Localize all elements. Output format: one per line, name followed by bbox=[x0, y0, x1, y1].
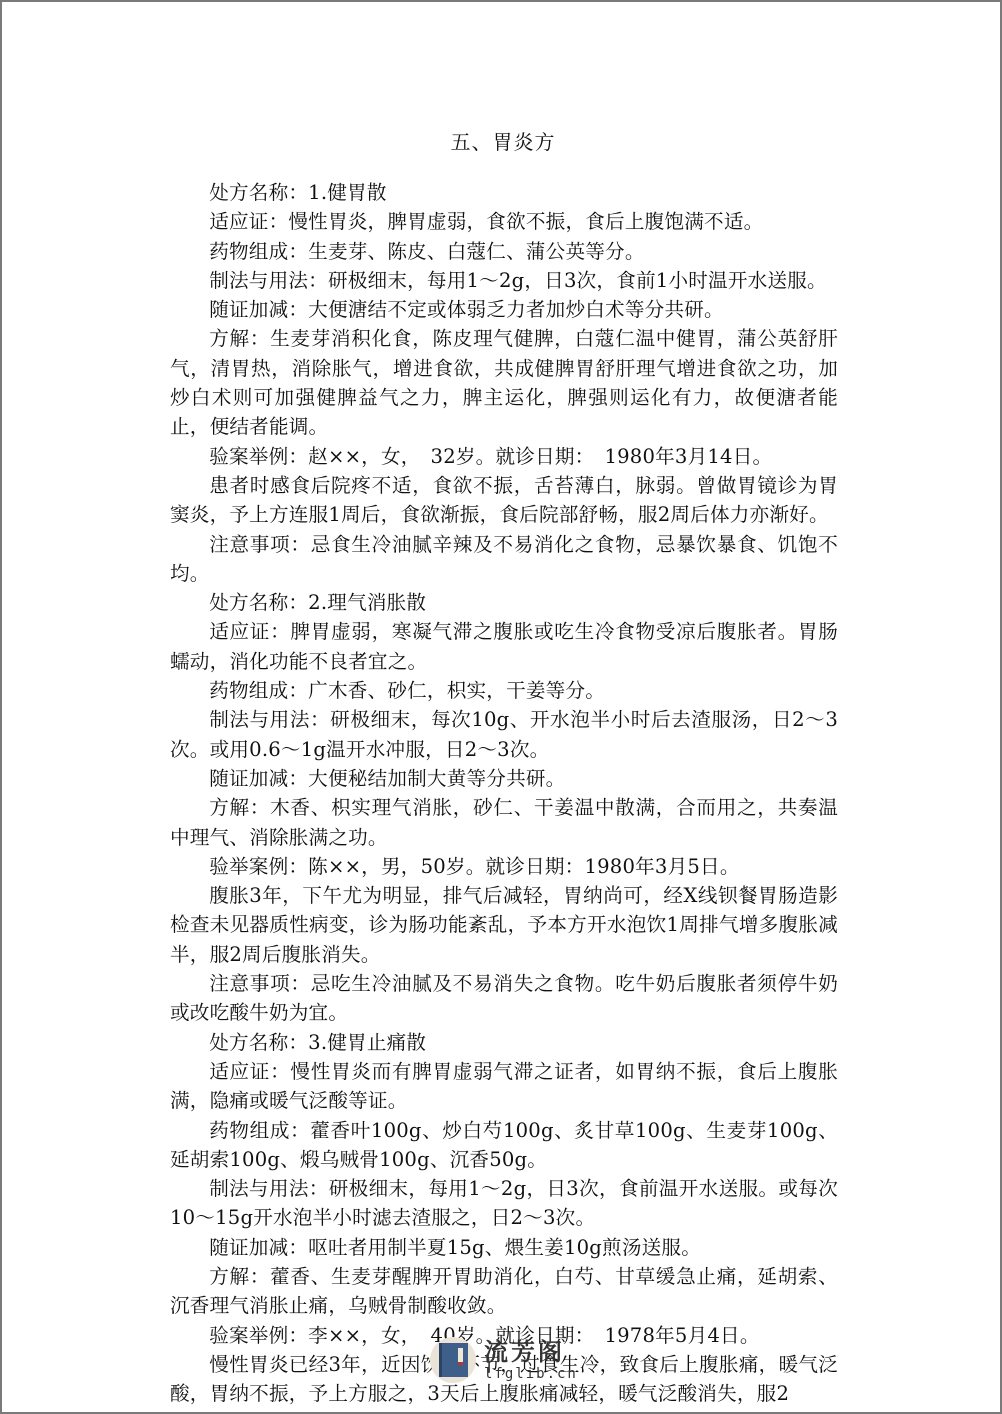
paragraph-explanation: 方解：木香、枳实理气消胀，砂仁、干姜温中散满，合而用之，共奏温中理气、消除胀满之… bbox=[170, 793, 838, 852]
paragraph-explanation: 方解：藿香、生麦芽醒脾开胃助消化，白芍、甘草缓急止痛，延胡索、沉香理气消胀止痛，… bbox=[170, 1262, 838, 1321]
book-icon bbox=[430, 1337, 476, 1383]
paragraph-indications: 适应证：慢性胃炎而有脾胃虚弱气滞之证者，如胃纳不振，食后上腹胀满，隐痛或暖气泛酸… bbox=[170, 1057, 838, 1116]
paragraph-ingredients: 药物组成：藿香叶100g、炒白芍100g、炙甘草100g、生麦芽100g、延胡索… bbox=[170, 1116, 838, 1175]
paragraph-preparation: 制法与用法：研极细末，每用1～2g，日3次，食前1小时温开水送服。 bbox=[170, 266, 838, 295]
paragraph-preparation: 制法与用法：研极细末，每用1～2g，日3次，食前温开水送服。或每次10～15g开… bbox=[170, 1174, 838, 1233]
paragraph-case-detail: 患者时感食后院疼不适，食欲不振，舌苔薄白，脉弱。曾做胃镜诊为胃窦炎，予上方连服1… bbox=[170, 471, 838, 530]
paragraph-preparation: 制法与用法：研极细末，每次10g、开水泡半小时后去渣服汤，日2～3次。或用0.6… bbox=[170, 705, 838, 764]
document-page: 五、胃炎方 处方名称：1.健胃散 适应证：慢性胃炎，脾胃虚弱，食欲不振，食后上腹… bbox=[0, 0, 1002, 1414]
paragraph-ingredients: 药物组成：广木香、砂仁，枳实，干姜等分。 bbox=[170, 676, 838, 705]
watermark-logo: 流芳阁 lfglib.cn bbox=[430, 1335, 580, 1385]
paragraph-indications: 适应证：慢性胃炎，脾胃虚弱，食欲不振，食后上腹饱满不适。 bbox=[170, 207, 838, 236]
paragraph-precautions: 注意事项：忌吃生冷油腻及不易消失之食物。吃牛奶后腹胀者须停牛奶或改吃酸牛奶为宜。 bbox=[170, 969, 838, 1028]
paragraph-ingredients: 药物组成：生麦芽、陈皮、白蔻仁、蒲公英等分。 bbox=[170, 237, 838, 266]
watermark-site: lfglib.cn bbox=[484, 1367, 578, 1381]
paragraph-case-example: 验案举例：赵××，女， 32岁。就诊日期： 1980年3月14日。 bbox=[170, 442, 838, 471]
document-body: 处方名称：1.健胃散 适应证：慢性胃炎，脾胃虚弱，食欲不振，食后上腹饱满不适。 … bbox=[170, 178, 838, 1408]
paragraph-case-detail: 腹胀3年，下午尤为明显，排气后减轻，胃纳尚可，经X线钡餐胃肠造影检查未见器质性病… bbox=[170, 881, 838, 969]
paragraph-modifications: 随证加减：呕吐者用制半夏15g、煨生姜10g煎汤送服。 bbox=[170, 1233, 838, 1262]
paragraph-prescription-name: 处方名称：1.健胃散 bbox=[170, 178, 838, 207]
section-title: 五、胃炎方 bbox=[2, 126, 1002, 155]
paragraph-case-example: 验举案例：陈××，男，50岁。就诊日期：1980年3月5日。 bbox=[170, 852, 838, 881]
paragraph-prescription-name: 处方名称：2.理气消胀散 bbox=[170, 588, 838, 617]
paragraph-indications: 适应证：脾胃虚弱，寒凝气滞之腹胀或吃生冷食物受凉后腹胀者。胃肠蠕动，消化功能不良… bbox=[170, 617, 838, 676]
paragraph-modifications: 随证加减：大便溏结不定或体弱乏力者加炒白术等分共研。 bbox=[170, 295, 838, 324]
paragraph-prescription-name: 处方名称：3.健胃止痛散 bbox=[170, 1028, 838, 1057]
paragraph-modifications: 随证加减：大便秘结加制大黄等分共研。 bbox=[170, 764, 838, 793]
paragraph-precautions: 注意事项：忌食生冷油腻辛辣及不易消化之食物，忌暴饮暴食、饥饱不均。 bbox=[170, 530, 838, 589]
paragraph-explanation: 方解：生麦芽消积化食，陈皮理气健脾，白蔻仁温中健胃，蒲公英舒肝气，清胃热，消除胀… bbox=[170, 324, 838, 441]
watermark-name: 流芳阁 bbox=[484, 1340, 578, 1364]
